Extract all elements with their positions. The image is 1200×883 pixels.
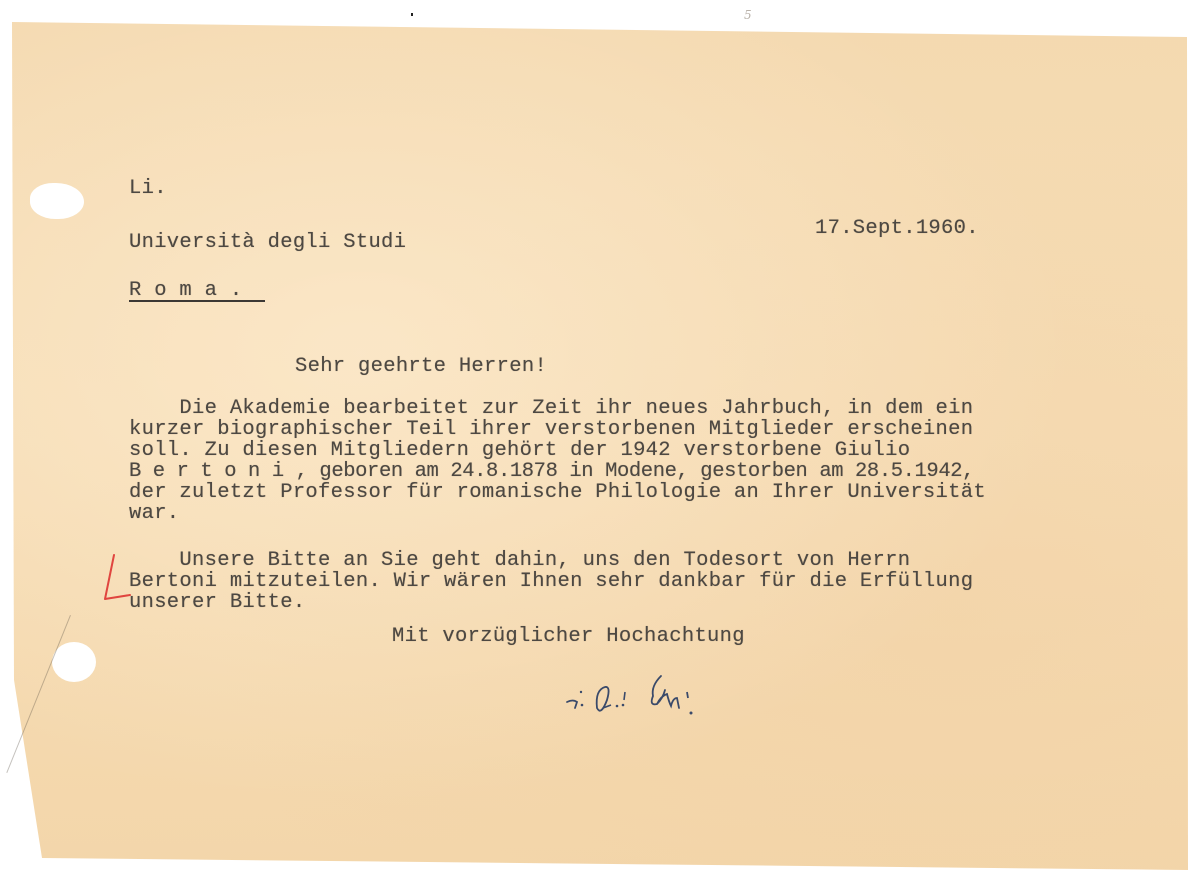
paragraph-line: kurzer biographischer Teil ihrer verstor… (129, 419, 973, 440)
handwritten-signature (565, 672, 730, 732)
punch-hole-top (30, 183, 84, 219)
city-underline (129, 300, 265, 302)
page-number-pencil: 5 (744, 8, 752, 22)
paragraph-line: Die Akademie bearbeitet zur Zeit ihr neu… (129, 398, 973, 419)
paragraph-line: Bertoni mitzuteilen. Wir wären Ihnen seh… (129, 571, 973, 592)
salutation: Sehr geehrte Herren! (295, 356, 547, 377)
letter-date: 17.Sept.1960. (815, 218, 979, 239)
scanned-letter: 5 Li. Università degli Studi R o m a . 1… (0, 0, 1200, 883)
punch-hole-bottom (52, 642, 96, 682)
ink-speck (411, 13, 413, 16)
recipient-city: R o m a . (129, 280, 242, 301)
paragraph-line: war. (129, 503, 179, 524)
paragraph-line: Unsere Bitte an Sie geht dahin, uns den … (129, 550, 910, 571)
reference-code: Li. (129, 178, 167, 199)
paragraph-line: B e r t o n i , geboren am 24.8.1878 in … (129, 461, 974, 482)
closing-formula: Mit vorzüglicher Hochachtung (392, 626, 745, 647)
paragraph-line: der zuletzt Professor für romanische Phi… (129, 482, 986, 503)
recipient-institution: Università degli Studi (129, 232, 406, 253)
paragraph-line: unserer Bitte. (129, 592, 305, 613)
paragraph-line: soll. Zu diesen Mitgliedern gehört der 1… (129, 440, 910, 461)
red-margin-mark (102, 553, 132, 605)
